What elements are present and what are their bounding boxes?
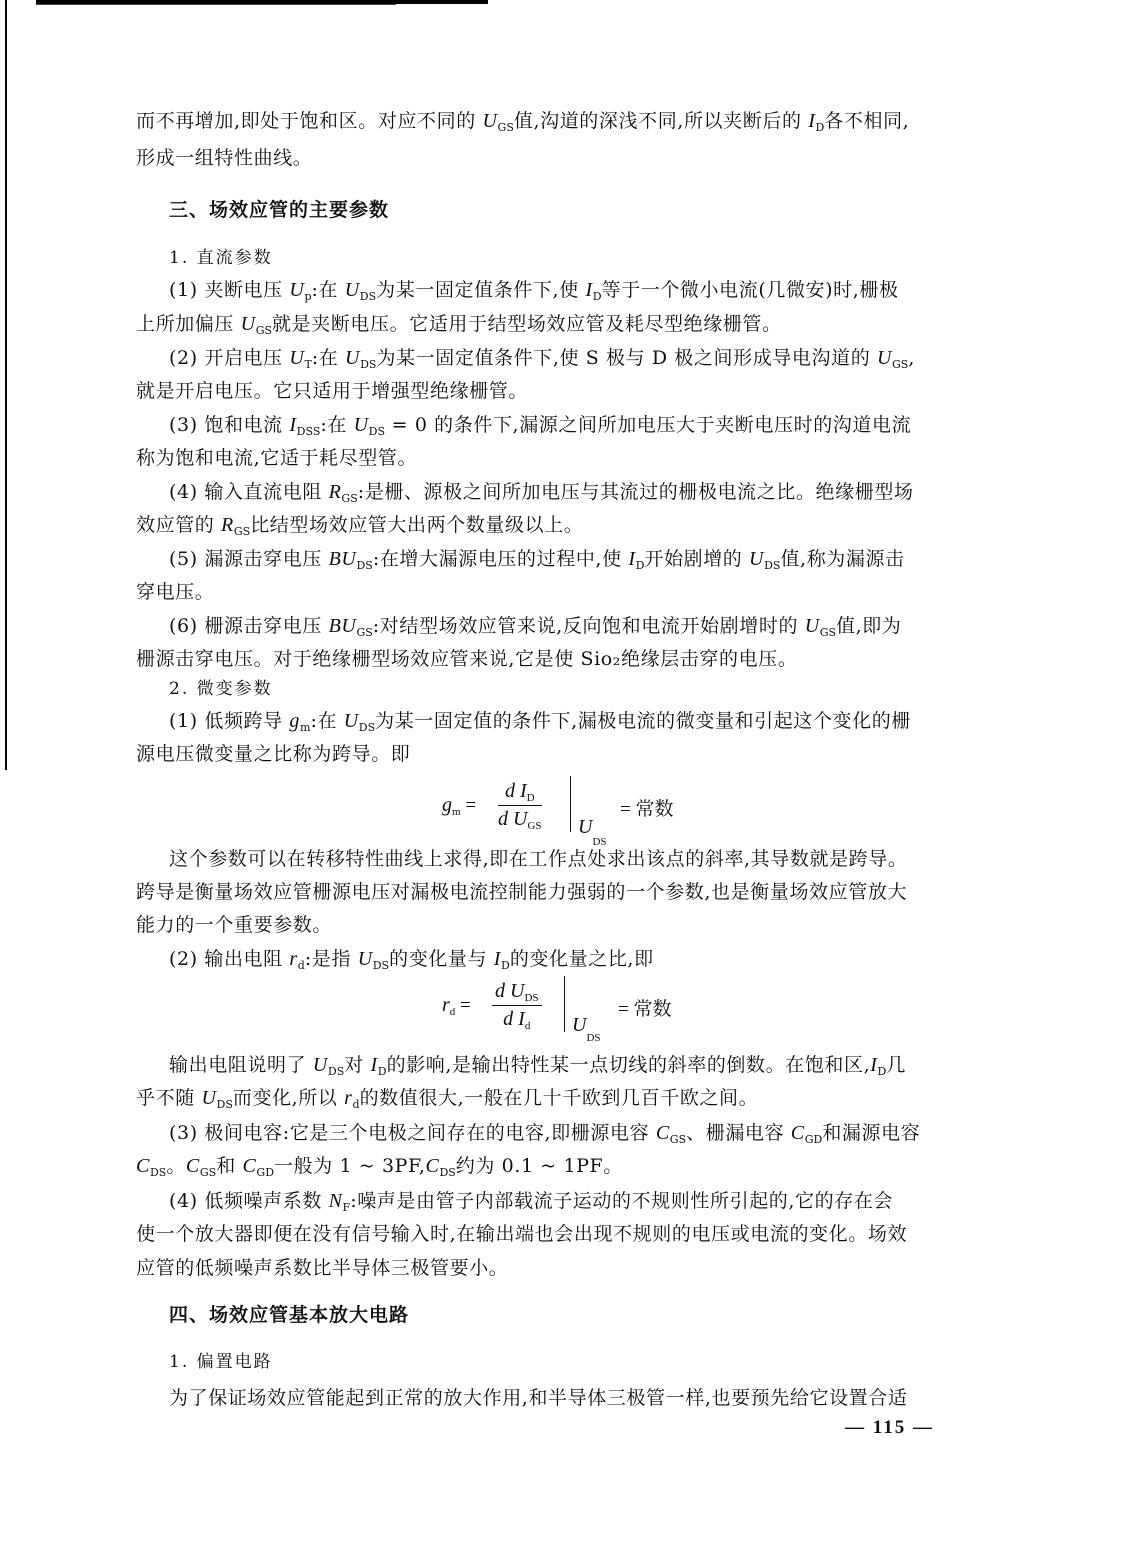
math-variable: U — [345, 347, 360, 369]
formula-lhs: gm = — [442, 794, 476, 818]
formula-rhs: = 常数 — [618, 994, 671, 1021]
math-variable: U — [345, 279, 360, 301]
math-variable: C — [425, 1155, 439, 1177]
scan-top-edge-thin — [36, 4, 396, 5]
text-line: 乎不随 UDS而变化,所以 rd的数值很大,一般在几十千欧到几百千欧之间。 — [136, 1085, 758, 1118]
math-variable: I — [870, 1054, 877, 1076]
scan-left-edge — [5, 0, 7, 770]
math-variable: r — [344, 1087, 352, 1109]
text-line: 输出电阻说明了 UDS对 ID的影响,是输出特性某一点切线的斜率的倒数。在饱和区… — [169, 1052, 906, 1085]
math-variable: g — [289, 710, 300, 732]
math-variable: U — [358, 948, 373, 970]
text-line: (3) 饱和电流 IDSS:在 UDS = 0 的条件下,漏源之间所加电压大于夹… — [169, 412, 911, 445]
math-variable: R — [329, 481, 342, 503]
math-variable: I — [585, 279, 592, 301]
math-variable: I — [494, 948, 501, 970]
math-variable: C — [242, 1155, 256, 1177]
text-line: 而不再增加,即处于饱和区。对应不同的 UGS值,沟道的深浅不同,所以夹断后的 I… — [136, 108, 909, 141]
text-line: (2) 开启电压 UT:在 UDS为某一固定值条件下,使 S 极与 D 极之间形… — [169, 345, 915, 378]
section-heading-3: 三、场效应管的主要参数 — [169, 197, 389, 223]
math-variable: C — [186, 1155, 200, 1177]
text-line: (2) 输出电阻 rd:是指 UDS的变化量与 ID的变化量之比,即 — [169, 946, 654, 979]
math-variable: r — [289, 948, 297, 970]
math-variable: U — [805, 615, 820, 637]
page-number: — 115 — — [845, 1417, 934, 1439]
text-line: 这个参数可以在转移特性曲线上求得,即在工作点处求出该点的斜率,其导数就是跨导。 — [169, 846, 907, 872]
subsection-heading-small-signal: 2. 微变参数 — [169, 676, 273, 702]
section-heading-4: 四、场效应管基本放大电路 — [169, 1302, 409, 1328]
math-variable: U — [289, 347, 304, 369]
math-variable: U — [241, 313, 256, 335]
text-line: 跨导是衡量场效应管栅源电压对漏极电流控制能力强弱的一个参数,也是衡量场效应管放大 — [136, 879, 907, 905]
text-line: 上所加偏压 UGS就是夹断电压。它适用于结型场效应管及耗尽型绝缘栅管。 — [136, 311, 782, 344]
math-variable: I — [628, 548, 635, 570]
text-line: 应管的低频噪声系数比半导体三极管要小。 — [136, 1255, 508, 1281]
evaluation-bar — [564, 976, 565, 1032]
formula-condition: UDS — [572, 1014, 601, 1044]
text-line: 使一个放大器即便在没有信号输入时,在输出端也会出现不规则的电压或电流的变化。场效 — [136, 1221, 907, 1247]
text-line: 称为饱和电流,它适于耗尽型管。 — [136, 445, 417, 471]
subsection-heading-bias: 1. 偏置电路 — [169, 1349, 273, 1375]
math-variable: I — [371, 1054, 378, 1076]
text-line: 形成一组特性曲线。 — [136, 145, 312, 171]
text-line: 能力的一个重要参数。 — [136, 912, 332, 938]
math-variable: U — [289, 279, 304, 301]
text-line: 源电压微变量之比称为跨导。即 — [136, 741, 410, 767]
math-variable: I — [289, 414, 296, 436]
math-variable: U — [344, 710, 359, 732]
formula-condition: UDS — [578, 816, 607, 848]
text-line: 栅源击穿电压。对于绝缘栅型场效应管来说,它是使 Sio₂绝缘层击穿的电压。 — [136, 646, 797, 672]
text-line: 为了保证场效应管能起到正常的放大作用,和半导体三极管一样,也要预先给它设置合适 — [169, 1385, 907, 1411]
math-variable: U — [482, 110, 497, 132]
math-variable: BU — [329, 548, 357, 570]
math-variable: C — [791, 1122, 805, 1144]
formula-lhs: rd = — [442, 994, 471, 1018]
math-variable: U — [313, 1054, 328, 1076]
math-variable: C — [656, 1122, 670, 1144]
formula-fraction: d UDS d Id — [492, 980, 542, 1032]
text-line: 效应管的 RGS比结型场效应管大出两个数量级以上。 — [136, 512, 583, 545]
text-line: 就是开启电压。它只适用于增强型绝缘栅管。 — [136, 378, 528, 404]
text-line: (1) 夹断电压 Up:在 UDS为某一固定值条件下,使 ID等于一个微小电流(… — [169, 277, 899, 310]
text-line: (5) 漏源击穿电压 BUDS:在增大漏源电压的过程中,使 ID开始剧增的 UD… — [169, 546, 905, 579]
math-variable: BU — [329, 615, 357, 637]
subsection-heading-dc: 1. 直流参数 — [169, 245, 273, 271]
math-variable: U — [201, 1087, 216, 1109]
formula-fraction: d ID d UGS — [498, 780, 542, 832]
text-line: (6) 栅源击穿电压 BUGS:对结型场效应管来说,反向饱和电流开始剧增时的 U… — [169, 613, 902, 646]
text-line: 穿电压。 — [136, 579, 214, 605]
evaluation-bar — [570, 776, 571, 832]
math-variable: U — [354, 414, 369, 436]
formula-transconductance: gm = d ID d UGS UDS = 常数 — [442, 780, 722, 840]
math-variable: U — [749, 548, 764, 570]
math-variable: U — [877, 347, 892, 369]
text-line: (3) 极间电容:它是三个电极之间存在的电容,即栅源电容 CGS、栅漏电容 CG… — [169, 1120, 920, 1153]
text-line: (4) 低频噪声系数 NF:噪声是由管子内部载流子运动的不规则性所引起的,它的存… — [169, 1188, 893, 1221]
formula-output-resistance: rd = d UDS d Id UDS = 常数 — [442, 980, 722, 1040]
text-line: CDS。CGS和 CGD一般为 1 ~ 3PF,CDS约为 0.1 ~ 1PF。 — [136, 1153, 623, 1186]
formula-rhs: = 常数 — [620, 794, 673, 821]
text-line: (4) 输入直流电阻 RGS:是栅、源极之间所加电压与其流过的栅极电流之比。绝缘… — [169, 479, 914, 512]
math-variable: C — [136, 1155, 150, 1177]
text-line: (1) 低频跨导 gm:在 UDS为某一固定值的条件下,漏极电流的微变量和引起这… — [169, 708, 911, 741]
math-variable: R — [221, 514, 234, 536]
math-variable: N — [329, 1190, 343, 1212]
